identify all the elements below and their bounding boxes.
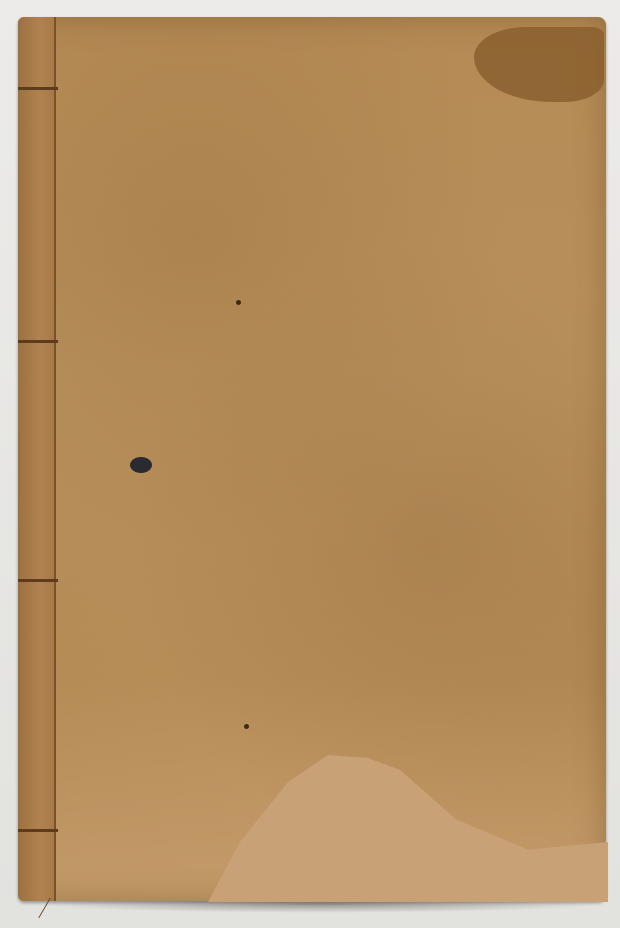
book-spine	[18, 17, 54, 901]
spot	[236, 300, 241, 305]
binding-stitch	[18, 87, 58, 90]
ink-spot	[130, 457, 152, 473]
book-cover	[18, 17, 606, 901]
torn-cover-area	[208, 752, 608, 902]
binding-stitch	[18, 829, 58, 832]
corner-stain	[474, 27, 604, 102]
binding-stitch	[18, 579, 58, 582]
binding-line	[54, 17, 56, 901]
binding-stitch	[18, 340, 58, 343]
spot	[244, 724, 249, 729]
